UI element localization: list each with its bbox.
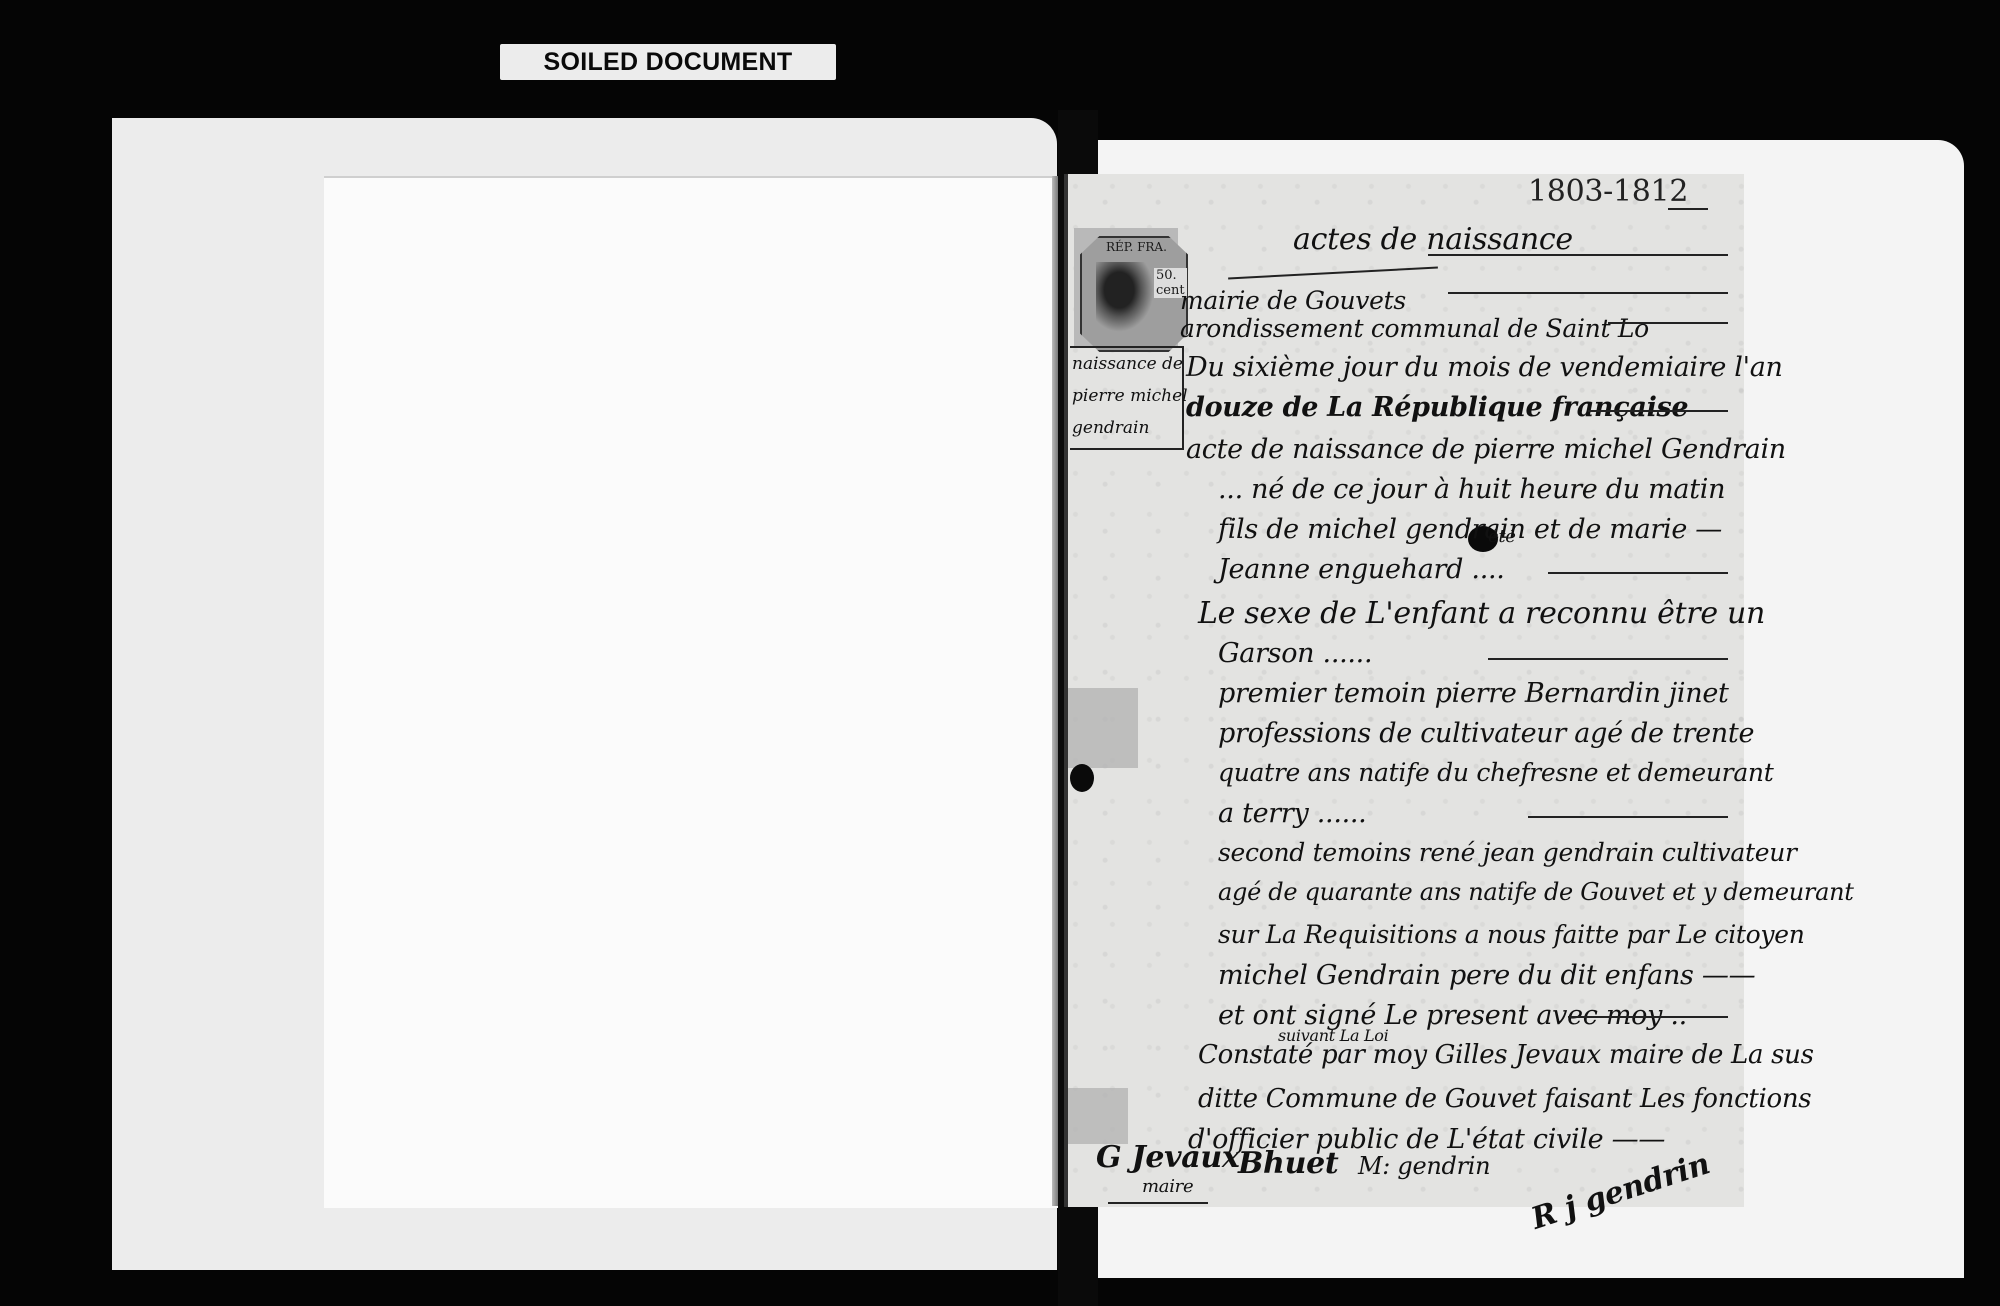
record-line: mairie de Gouvets: [1180, 286, 1406, 315]
rule: [1448, 292, 1728, 294]
rule: [1668, 208, 1708, 210]
rule: [1548, 572, 1728, 574]
stamp-text: RÉP. FRA.: [1106, 240, 1167, 254]
rule: [1608, 322, 1728, 324]
record-line: douze de La République française: [1186, 392, 1688, 423]
blot-note: été: [1488, 526, 1516, 547]
record-line: arondissement communal de Saint Lo: [1180, 314, 1649, 343]
rule: [1528, 816, 1728, 818]
stamp-figure-icon: [1096, 262, 1154, 332]
date-range: 1803-1812: [1528, 174, 1688, 209]
revenue-stamp: RÉP. FRA. 50. cent: [1080, 236, 1188, 352]
margin-note-line: pierre michel: [1072, 386, 1188, 406]
record-line: michel Gendrain pere du dit enfans ——: [1218, 960, 1755, 991]
rule: [1588, 410, 1728, 412]
record-line: quatre ans natife du chefresne et demeur…: [1218, 758, 1773, 787]
record-line: fils de michel gendrain et de marie —: [1218, 514, 1722, 545]
rule: [1428, 254, 1728, 256]
record-line: Le sexe de L'enfant a reconnu être un: [1198, 596, 1765, 631]
record-line: professions de cultivateur agé de trente: [1218, 718, 1754, 749]
record-line: second temoins rené jean gendrain cultiv…: [1218, 838, 1797, 867]
stain: [1068, 1088, 1128, 1144]
signature-witness-2: M: gendrin: [1358, 1152, 1490, 1180]
rule: [1228, 267, 1438, 280]
stain: [1068, 688, 1138, 768]
mayor-title: maire: [1142, 1176, 1193, 1197]
margin-note-line: gendrain: [1072, 418, 1149, 438]
birth-record-page: 1803-1812 actes de naissance RÉP. FRA. 5…: [1064, 174, 1744, 1207]
record-line: Garson ......: [1218, 638, 1372, 669]
rule: [1488, 658, 1728, 660]
record-line: Jeanne enguehard ....: [1218, 554, 1505, 585]
record-line: Du sixième jour du mois de vendemiaire l…: [1186, 352, 1783, 383]
record-line: premier temoin pierre Bernardin jinet: [1218, 678, 1729, 709]
margin-note-line: naissance de: [1072, 354, 1183, 374]
signature-witness-1: Bhuet: [1238, 1146, 1338, 1181]
blank-insert-sheet: [324, 176, 1064, 1208]
rule: [1568, 1016, 1728, 1018]
record-line: sur La Requisitions a nous faitte par Le…: [1218, 920, 1805, 949]
record-line: acte de naissance de pierre michel Gendr…: [1186, 434, 1786, 465]
record-line: ... né de ce jour à huit heure du matin: [1218, 474, 1725, 505]
signature-mayor: G Jevaux: [1096, 1140, 1240, 1175]
record-title: actes de naissance: [1293, 222, 1573, 257]
record-line: agé de quarante ans natife de Gouvet et …: [1218, 878, 1854, 906]
ink-blot: [1070, 764, 1094, 792]
record-line: a terry ......: [1218, 798, 1366, 829]
record-line: Constaté par moy Gilles Jevaux maire de …: [1198, 1040, 1814, 1070]
record-line: ditte Commune de Gouvet faisant Les fonc…: [1198, 1084, 1811, 1114]
rule: [1108, 1202, 1208, 1204]
soiled-document-label: SOILED DOCUMENT: [500, 44, 836, 80]
